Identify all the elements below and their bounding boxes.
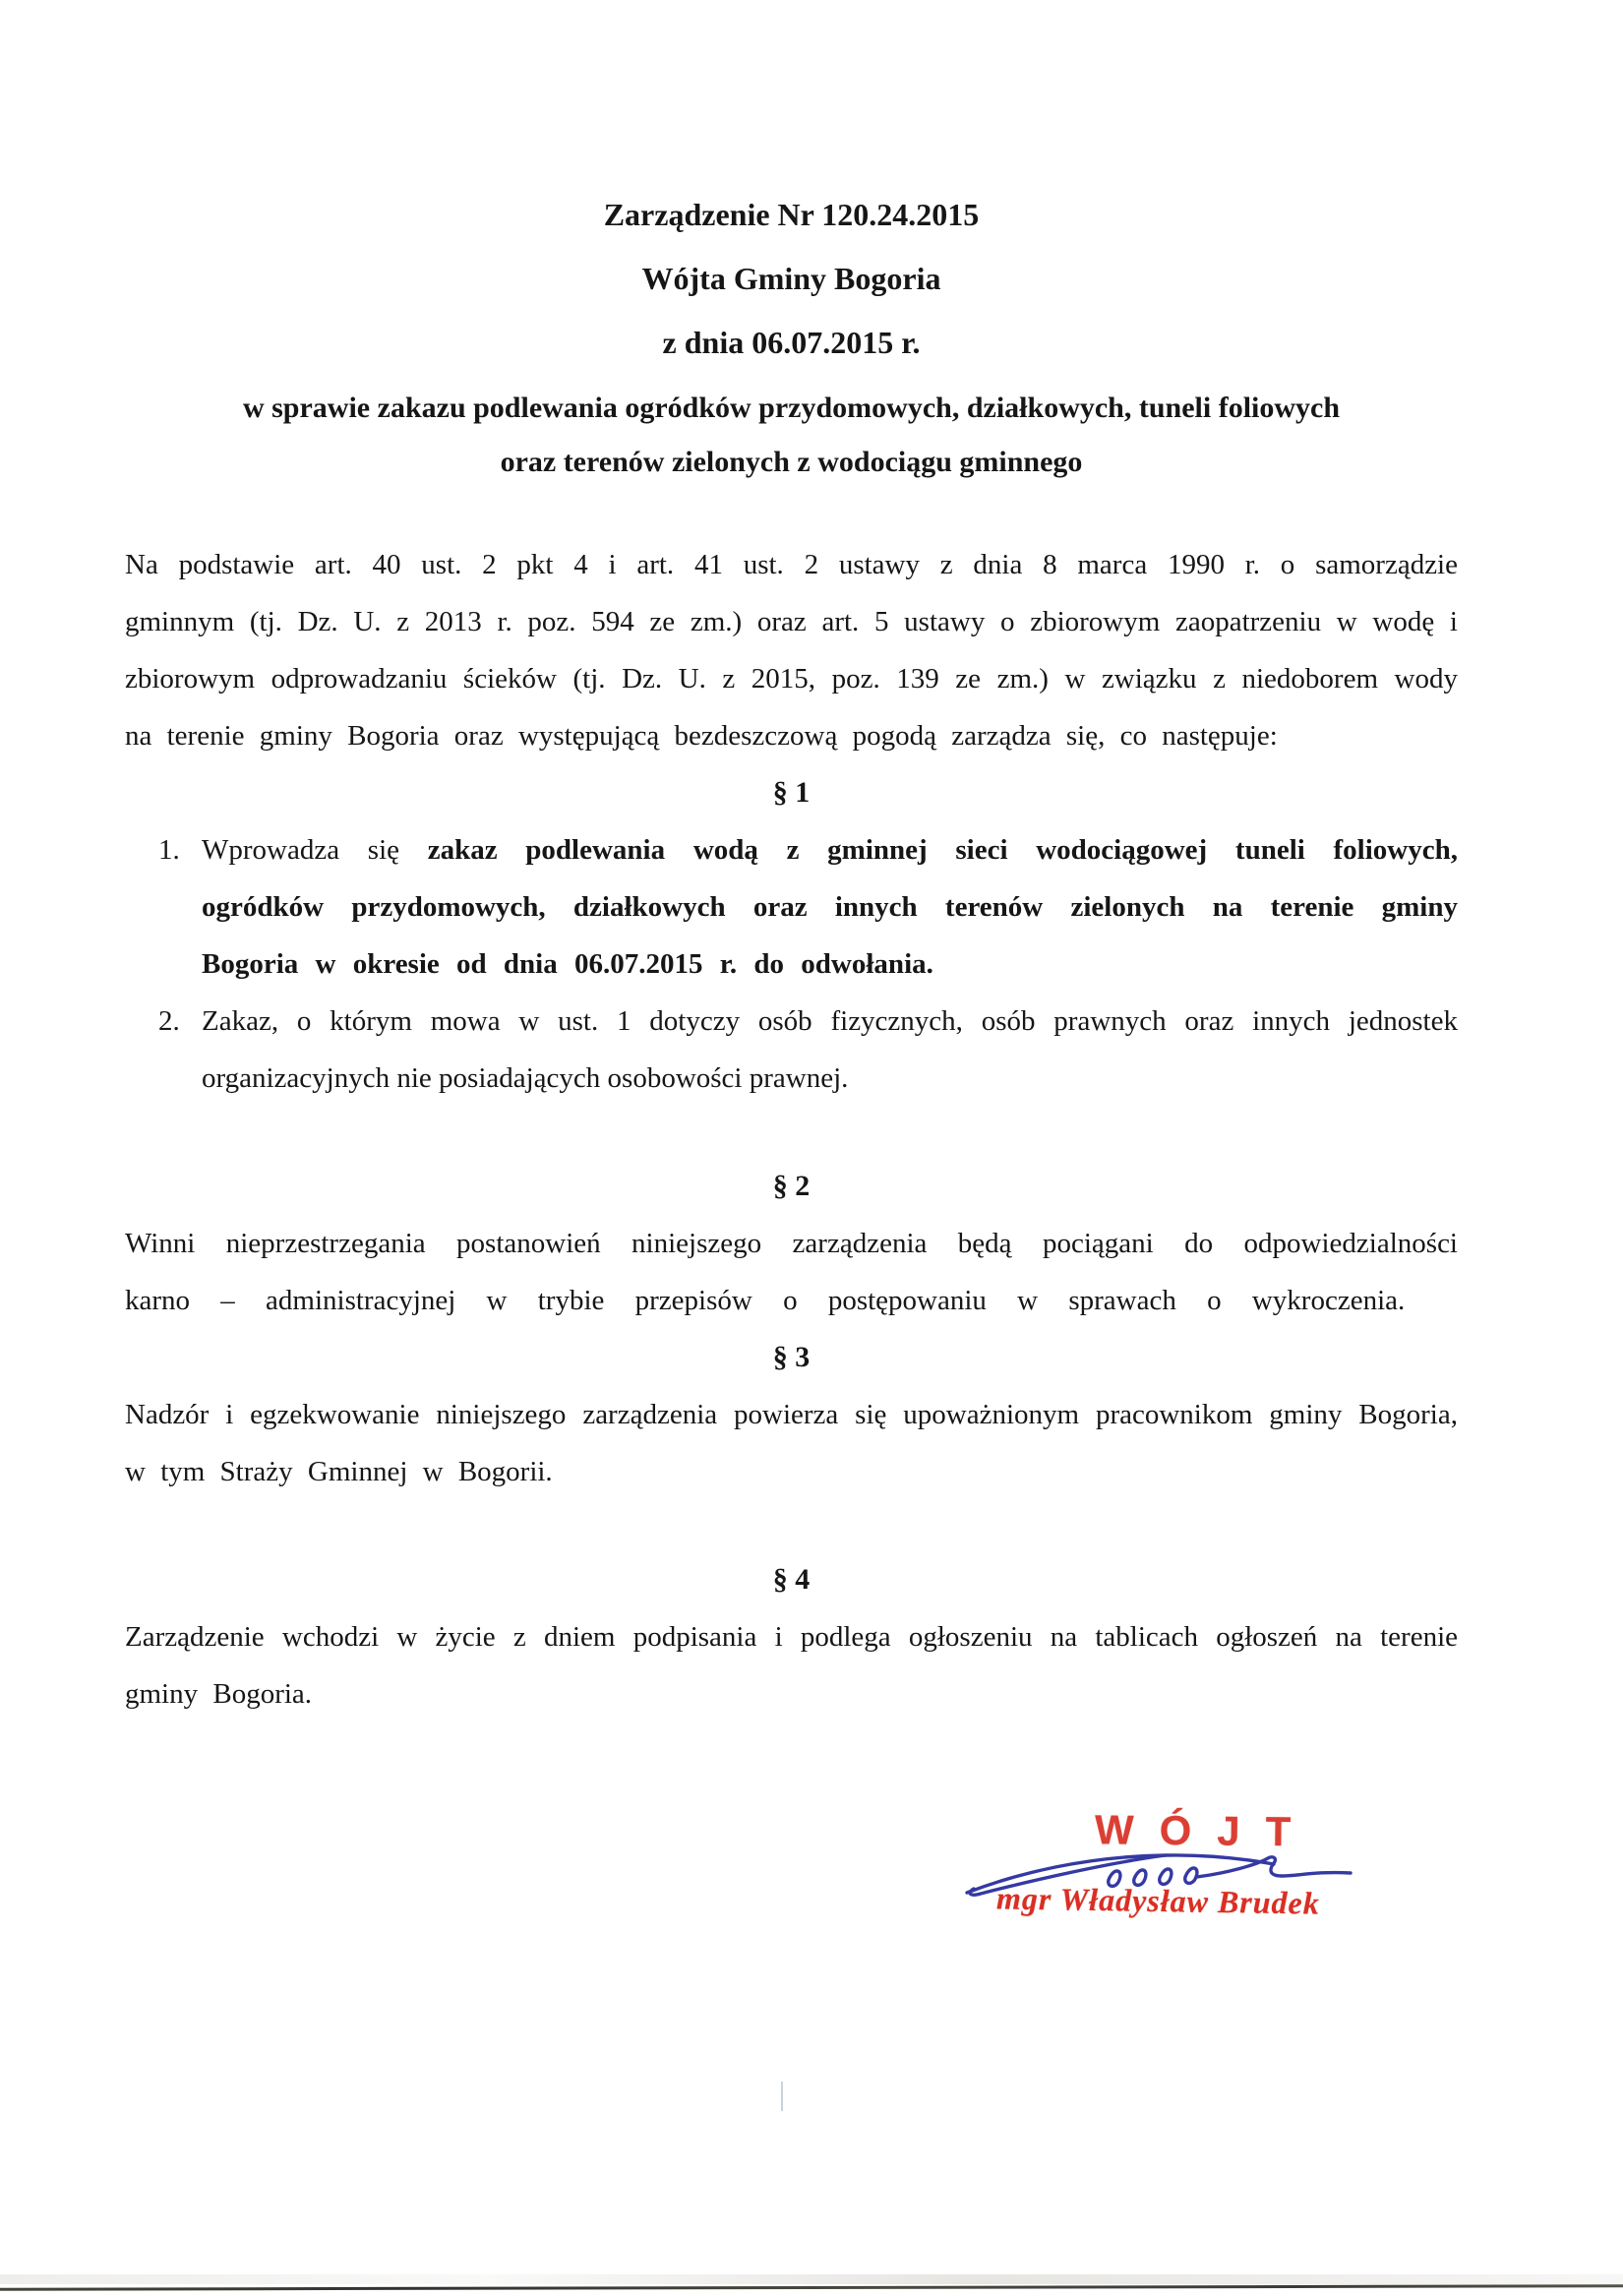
title-line-date: z dnia 06.07.2015 r. <box>125 311 1458 375</box>
subject-line-2: oraz terenów zielonych z wodociągu gminn… <box>125 435 1458 489</box>
section-2-heading: § 2 <box>125 1158 1458 1215</box>
subject-line-1: w sprawie zakazu podlewania ogródków prz… <box>125 381 1458 435</box>
section-2-paragraph: Winni nieprzestrzegania postanowień nini… <box>125 1215 1458 1329</box>
signature-stamp-block: WÓJT mgr Władysław Brudek <box>969 1808 1431 1946</box>
scan-artifact-tick <box>781 2082 783 2111</box>
scan-artifact-line <box>0 2284 1623 2290</box>
section-3-paragraph: Nadzór i egzekwowanie niniejszego zarząd… <box>125 1386 1458 1500</box>
title-line-issuer: Wójta Gminy Bogoria <box>125 247 1458 311</box>
ban-intro-text: Wprowadza się <box>202 834 428 866</box>
document-page: Zarządzenie Nr 120.24.2015 Wójta Gminy B… <box>0 0 1623 2296</box>
section-1-heading: § 1 <box>125 764 1458 821</box>
list-item-1-text: Wprowadza się zakaz podlewania wodą z gm… <box>202 821 1458 993</box>
list-item-2-number: 2. <box>125 993 202 1107</box>
list-item-1-number: 1. <box>125 821 202 993</box>
document-title: Zarządzenie Nr 120.24.2015 Wójta Gminy B… <box>125 183 1458 375</box>
preamble-paragraph: Na podstawie art. 40 ust. 2 pkt 4 i art.… <box>125 536 1458 764</box>
title-line-number: Zarządzenie Nr 120.24.2015 <box>125 183 1458 247</box>
list-item-1: 1. Wprowadza się zakaz podlewania wodą z… <box>125 821 1458 993</box>
section-4-heading: § 4 <box>125 1551 1458 1608</box>
section-3-heading: § 3 <box>125 1329 1458 1386</box>
list-item-2: 2. Zakaz, o którym mowa w ust. 1 dotyczy… <box>125 993 1458 1107</box>
scan-artifact-smudge <box>0 2274 1623 2284</box>
section-4-paragraph: Zarządzenie wchodzi w życie z dniem podp… <box>125 1608 1458 1722</box>
subject-block: w sprawie zakazu podlewania ogródków prz… <box>125 381 1458 489</box>
stamp-name-text: mgr Władysław Brudek <box>996 1880 1320 1921</box>
ordinance-list: 1. Wprowadza się zakaz podlewania wodą z… <box>125 821 1458 1107</box>
list-item-2-text: Zakaz, o którym mowa w ust. 1 dotyczy os… <box>202 993 1458 1107</box>
